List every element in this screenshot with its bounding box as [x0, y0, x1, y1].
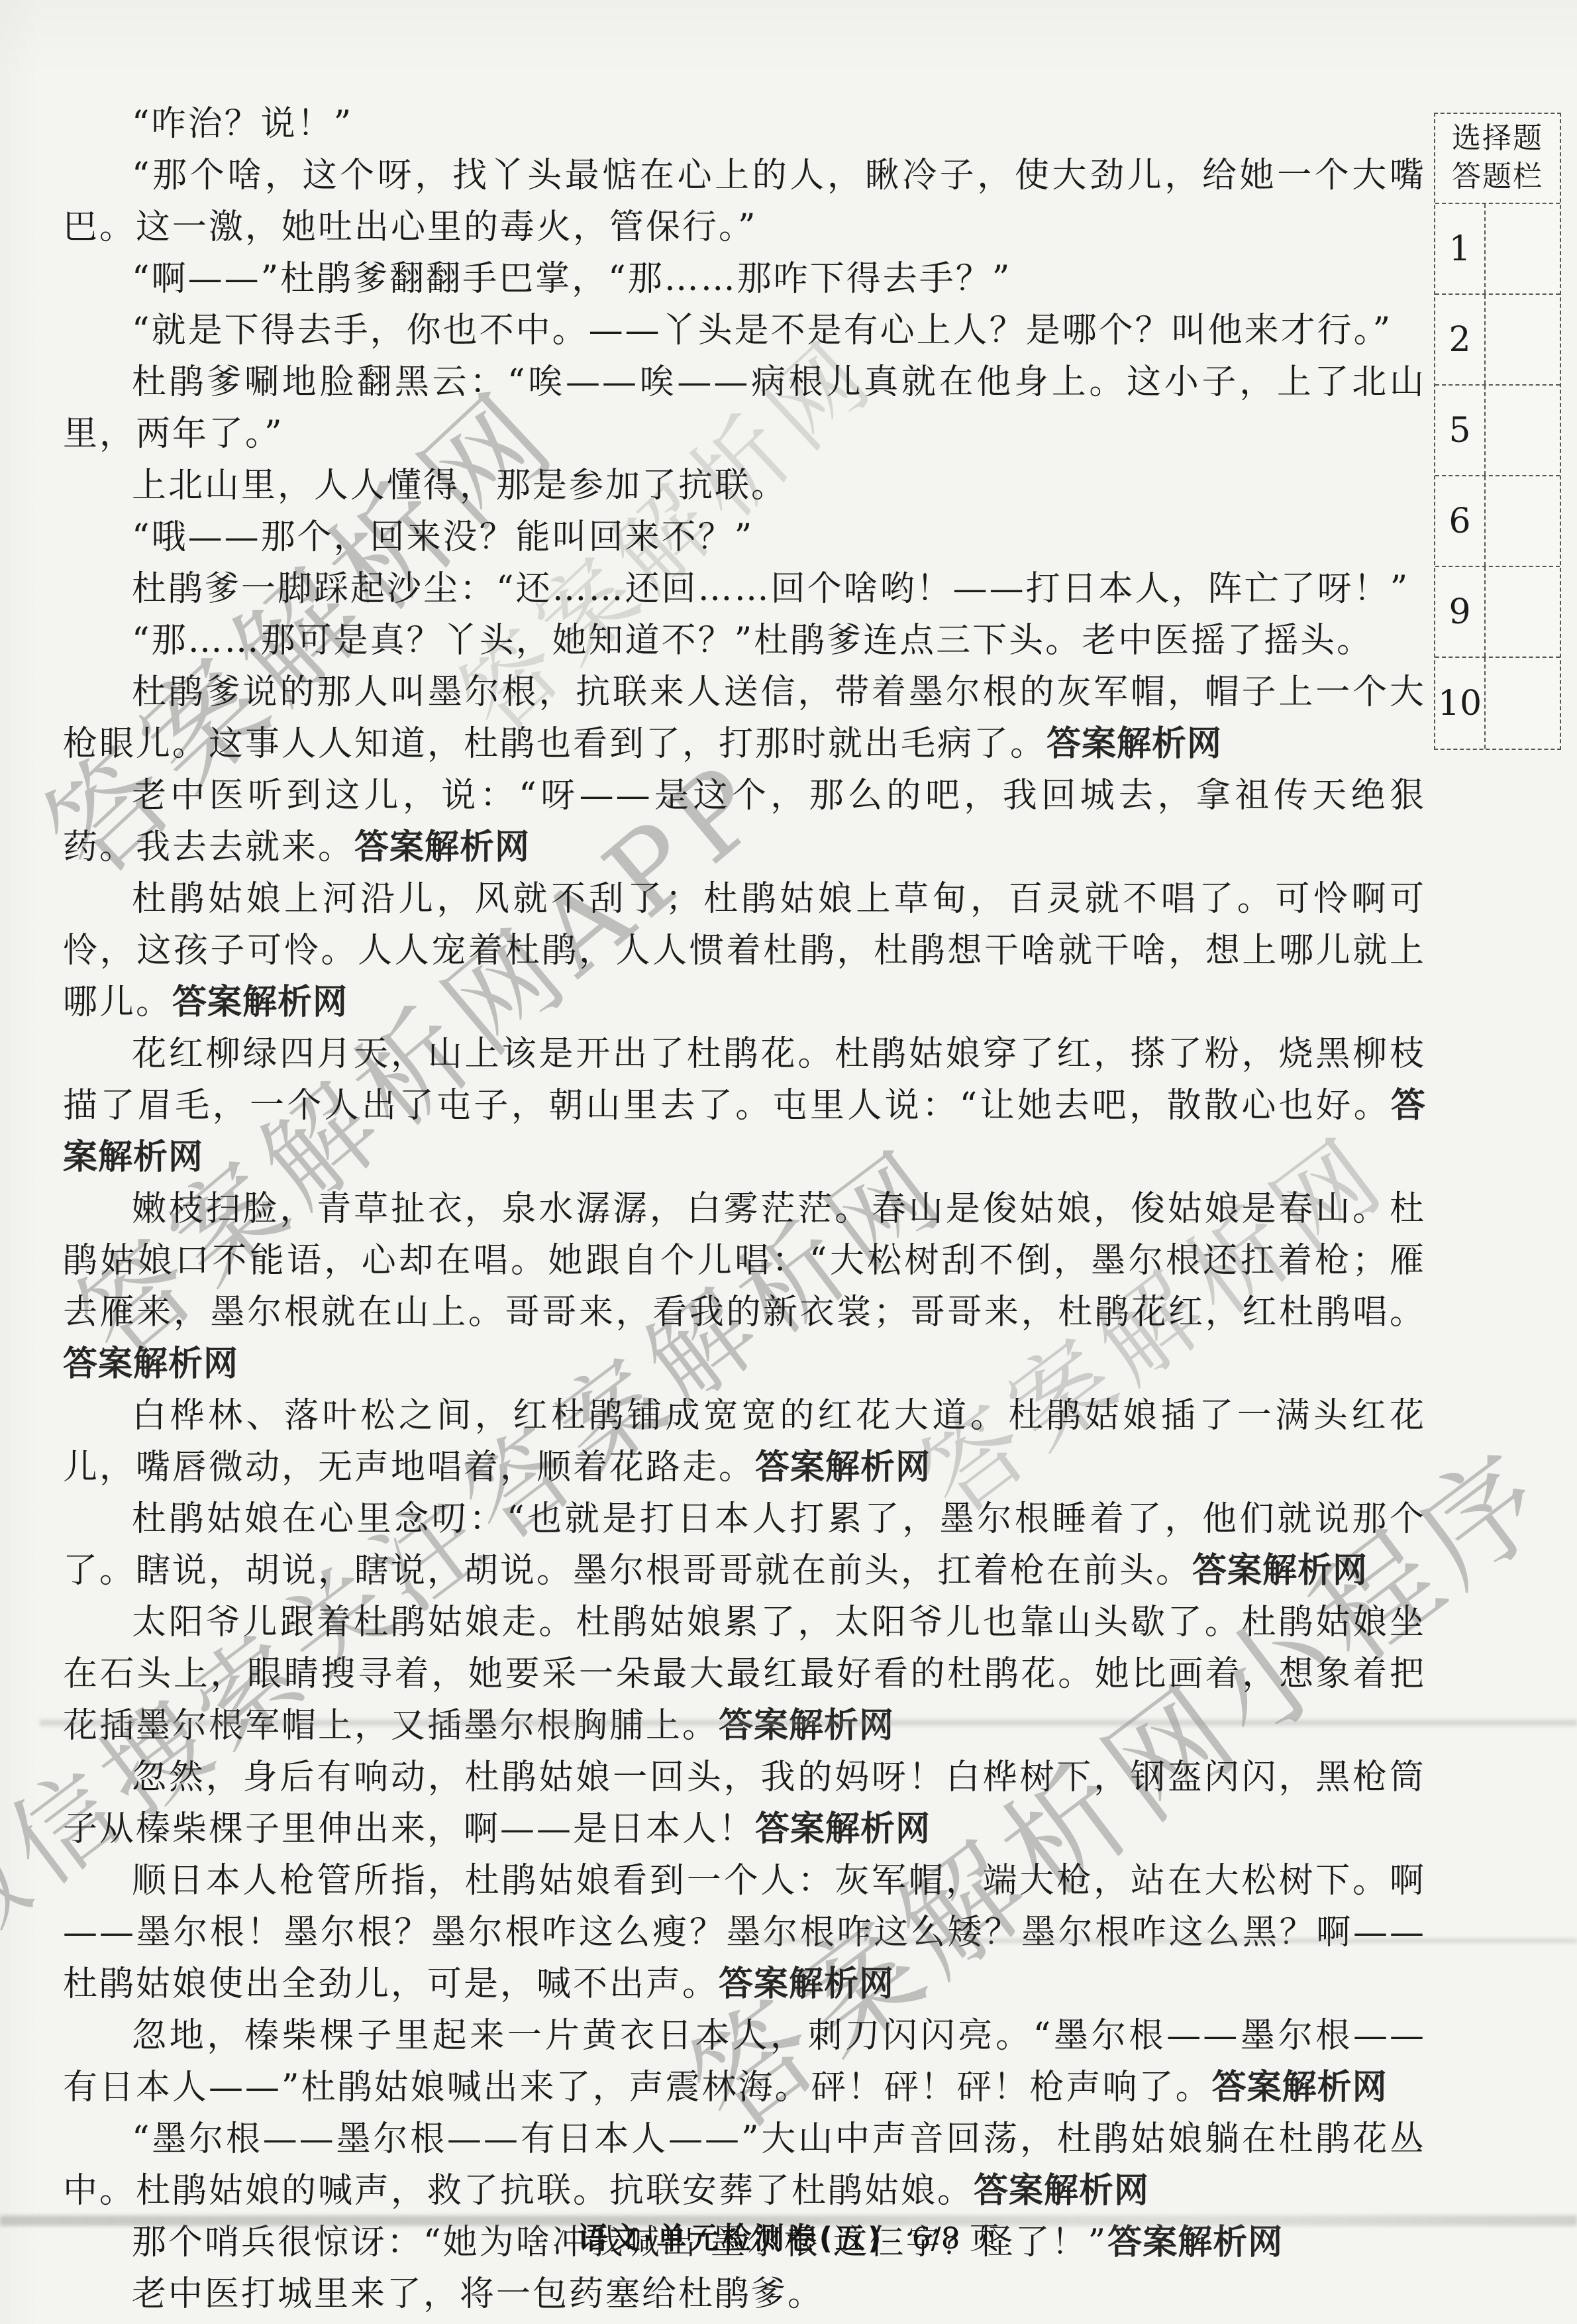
story-paragraph: “那……那可是真？丫头，她知道不？”杜鹃爹连点三下头。老中医摇了摇头。: [63, 615, 1426, 666]
inline-watermark-text: 答案解析网: [719, 1964, 894, 2004]
answer-row: 2: [1435, 295, 1560, 386]
answer-row-number: 10: [1435, 658, 1486, 749]
inline-watermark-text: 答案解析网: [755, 1448, 931, 1487]
story-paragraph: 老中医听到这儿，说：“呀——是这个，那么的吧，我回城去，拿祖传天绝狠药。我去去就…: [63, 770, 1426, 873]
story-paragraph: “啊——”杜鹃爹翻翻手巴掌，“那……那咋下得去手？”: [63, 253, 1426, 305]
paragraph-text: “啊——”杜鹃爹翻翻手巴掌，“那……那咋下得去手？”: [132, 259, 1011, 299]
answer-sheet-panel: 选择题 答题栏 1256910: [1434, 113, 1561, 750]
story-paragraph: “咋治？说！”: [63, 98, 1426, 150]
paragraph-text: 老中医听到这儿，说：“呀——是这个，那么的吧，我回城去，拿祖传天绝狠药。我去去就…: [63, 776, 1426, 867]
inline-watermark-text: 答案解析网: [354, 827, 530, 867]
answer-row: 10: [1435, 658, 1560, 749]
answer-panel-title: 选择题 答题栏: [1435, 114, 1560, 204]
footer-course-label: 语文·单元检测卷(五): [578, 2221, 884, 2256]
story-paragraph: “那个啥，这个呀，找丫头最惦在心上的人，瞅冷子，使大劲儿，给她一个大嘴巴。这一激…: [63, 150, 1426, 253]
answer-row-number: 6: [1435, 476, 1486, 566]
story-paragraph: “墨尔根——墨尔根——有日本人——”大山中声音回荡，杜鹃姑娘躺在杜鹃花丛中。杜鹃…: [63, 2113, 1426, 2217]
inline-watermark-text: 答案解析网: [755, 1809, 931, 1849]
inline-watermark-text: 答案解析网: [719, 1706, 894, 1746]
scanned-exam-page: 答案解析网答案解析网APP微信搜索关注答案解析网答案解析网小程序答案解析网答案解…: [0, 0, 1577, 2324]
inline-watermark-text: 答案解析网: [172, 982, 348, 1022]
answer-rows: 1256910: [1435, 204, 1560, 749]
inline-watermark-text: 答案解析网: [1046, 724, 1222, 764]
answer-row: 1: [1435, 204, 1560, 295]
paragraph-text: 忽然，身后有响动，杜鹃姑娘一回头，我的妈呀！白桦树下，钢盔闪闪，黑枪筒子从榛柴棵…: [63, 1758, 1426, 1849]
answer-row-blank-cell: [1486, 476, 1560, 566]
paragraph-text: 嫩枝扫脸，青草扯衣，泉水潺潺，白雾茫茫。春山是俊姑娘，俊姑娘是春山。杜鹃姑娘口不…: [63, 1189, 1426, 1332]
answer-row-number: 5: [1435, 386, 1486, 475]
answer-row: 5: [1435, 386, 1560, 476]
story-paragraph: 杜鹃爹唰地脸翻黑云：“唉——唉——病根儿真就在他身上。这小子，上了北山里，两年了…: [63, 356, 1426, 460]
story-paragraph: “就是下得去手，你也不中。——丫头是不是有心上人？是哪个？叫他来才行。”: [63, 305, 1426, 356]
answer-panel-title-line2: 答题栏: [1452, 160, 1543, 193]
page-footer: 语文·单元检测卷(五) 6/8 页: [0, 2214, 1577, 2257]
inline-watermark-text: 答案解析网: [63, 1344, 238, 1384]
paragraph-text: “就是下得去手，你也不中。——丫头是不是有心上人？是哪个？叫他来才行。”: [132, 311, 1392, 350]
story-paragraph: 忽然，身后有响动，杜鹃姑娘一回头，我的妈呀！白桦树下，钢盔闪闪，黑枪筒子从榛柴棵…: [63, 1752, 1426, 1855]
story-paragraph: 杜鹃姑娘上河沿儿，风就不刮了；杜鹃姑娘上草甸，百灵就不唱了。可怜啊可怜，这孩子可…: [63, 873, 1426, 1028]
answer-row-blank-cell: [1486, 386, 1560, 475]
answer-row-number: 2: [1435, 295, 1486, 384]
paragraph-text: “咋治？说！”: [132, 104, 353, 144]
answer-row: 9: [1435, 567, 1560, 658]
inline-watermark-text: 答案解析网: [1212, 2068, 1388, 2107]
paragraph-text: “哦——那个，回来没？能叫回来不？”: [132, 517, 754, 557]
story-paragraph: “哦——那个，回来没？能叫回来不？”: [63, 511, 1426, 563]
paragraph-text: 杜鹃爹唰地脸翻黑云：“唉——唉——病根儿真就在他身上。这小子，上了北山里，两年了…: [63, 362, 1426, 454]
paragraph-text: 上北山里，人人懂得，那是参加了抗联。: [132, 466, 788, 505]
story-paragraph: 上北山里，人人懂得，那是参加了抗联。: [63, 460, 1426, 511]
story-paragraph: 忽地，榛柴棵子里起来一片黄衣日本人，刺刀闪闪亮。“墨尔根——墨尔根——有日本人—…: [63, 2010, 1426, 2113]
story-paragraph: 白桦林、落叶松之间，红杜鹃铺成宽宽的红花大道。杜鹃姑娘插了一满头红花儿，嘴唇微动…: [63, 1390, 1426, 1493]
paragraph-text: 杜鹃爹一脚踩起沙尘：“还……还回……回个啥哟！——打日本人，阵亡了呀！”: [132, 569, 1409, 609]
story-paragraph: 太阳爷儿跟着杜鹃姑娘走。杜鹃姑娘累了，太阳爷儿也靠山头歇了。杜鹃姑娘坐在石头上，…: [63, 1597, 1426, 1752]
inline-watermark-text: 答案解析网: [974, 2171, 1149, 2211]
paragraph-text: 白桦林、落叶松之间，红杜鹃铺成宽宽的红花大道。杜鹃姑娘插了一满头红花儿，嘴唇微动…: [63, 1396, 1426, 1487]
inline-watermark-text: 答案解析网: [1192, 1551, 1368, 1591]
paragraph-text: “那个啥，这个呀，找丫头最惦在心上的人，瞅冷子，使大劲儿，给她一个大嘴巴。这一激…: [63, 156, 1426, 247]
story-paragraph: 花红柳绿四月天，山上该是开出了杜鹃花。杜鹃姑娘穿了红，搽了粉，烧黑柳枝描了眉毛，…: [63, 1028, 1426, 1183]
answer-row-blank-cell: [1486, 204, 1560, 293]
story-paragraph: 杜鹃姑娘在心里念叨：“也就是打日本人打累了，墨尔根睡着了，他们就说那个了。瞎说，…: [63, 1493, 1426, 1597]
answer-panel-title-line1: 选择题: [1452, 121, 1543, 155]
answer-row: 6: [1435, 476, 1560, 567]
paragraph-text: 花红柳绿四月天，山上该是开出了杜鹃花。杜鹃姑娘穿了红，搽了粉，烧黑柳枝描了眉毛，…: [63, 1034, 1426, 1126]
paragraph-text: 老中医打城里来了，将一包药塞给杜鹃爹。: [132, 2274, 824, 2314]
story-paragraph: 顺日本人枪管所指，杜鹃姑娘看到一个人：灰军帽，端大枪，站在大松树下。啊——墨尔根…: [63, 1855, 1426, 2010]
story-paragraph: 老中医打城里来了，将一包药塞给杜鹃爹。: [63, 2268, 1426, 2320]
answer-row-blank-cell: [1486, 658, 1560, 749]
answer-row-blank-cell: [1486, 567, 1560, 657]
paragraph-text: “那……那可是真？丫头，她知道不？”杜鹃爹连点三下头。老中医摇了摇头。: [132, 621, 1373, 660]
paragraph-text: “墨尔根——墨尔根——有日本人——”大山中声音回荡，杜鹃姑娘躺在杜鹃花丛中。杜鹃…: [63, 2119, 1426, 2211]
story-text: “咋治？说！”“那个啥，这个呀，找丫头最惦在心上的人，瞅冷子，使大劲儿，给她一个…: [63, 98, 1426, 2320]
story-paragraph: 嫩枝扫脸，青草扯衣，泉水潺潺，白雾茫茫。春山是俊姑娘，俊姑娘是春山。杜鹃姑娘口不…: [63, 1183, 1426, 1390]
footer-page-number: 6/8 页: [912, 2221, 999, 2256]
answer-row-number: 1: [1435, 204, 1486, 293]
story-paragraph: 杜鹃爹说的那人叫墨尔根，抗联来人送信，带着墨尔根的灰军帽，帽子上一个大枪眼儿。这…: [63, 666, 1426, 770]
answer-row-number: 9: [1435, 567, 1486, 657]
story-paragraph: 杜鹃爹一脚踩起沙尘：“还……还回……回个啥哟！——打日本人，阵亡了呀！”: [63, 563, 1426, 615]
answer-row-blank-cell: [1486, 295, 1560, 384]
